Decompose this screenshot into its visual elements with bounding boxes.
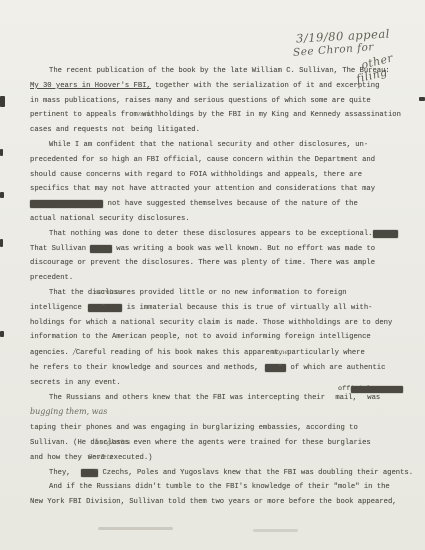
handwritten-insertion: now^ (125, 123, 131, 124)
typed-text: not have suggested themselves because of… (103, 200, 357, 208)
photocopy-edge-artifact (0, 331, 4, 337)
document-paragraph: That the disclosures provided little or … (30, 286, 416, 391)
typed-text: secrets in any event. (30, 379, 121, 387)
typed-text: And if the Russians didn't tumble to the… (49, 483, 390, 491)
photocopy-smudge (253, 529, 298, 532)
document-paragraph: That nothing was done to deter these dis… (30, 227, 416, 286)
handwritten-insertion: Soviets^ (75, 466, 81, 467)
document-paragraph: While I am confident that the national s… (30, 138, 416, 227)
typed-text: The recent publication of the book by th… (49, 67, 390, 75)
crossed-out-text: xxxxxxxxxxxxxxxxx (30, 200, 103, 208)
insertion-word: services (76, 289, 123, 296)
caret-mark: ^ (144, 126, 149, 133)
typed-text: being litigated. (131, 126, 200, 134)
typed-text: mail, (331, 394, 357, 402)
document-paragraph: And if the Russians didn't tumble to the… (30, 480, 416, 510)
document-page: 3/19/80 appeal See Chron for other filin… (0, 0, 425, 550)
handwritten-inline: bugging them, was (30, 407, 107, 416)
typed-text: together with the serialization of it an… (151, 82, 380, 90)
crossed-out-text: xxxxxx (373, 230, 399, 238)
document-paragraph: The recent publication of the book by th… (30, 64, 416, 138)
photocopy-edge-artifact (0, 239, 3, 247)
insertion-word: xxxxxxxx (351, 386, 403, 393)
typed-text: discourage or prevent the disclosures. T… (30, 259, 375, 267)
photocopy-edge-artifact (0, 192, 4, 198)
typed-text: pertinent to appeals from withholdings b… (30, 111, 401, 119)
typed-text: specifics that may not have attracted yo… (30, 185, 375, 193)
typed-insertion: official (325, 398, 331, 399)
typed-text: intelligence (30, 304, 82, 312)
insertion-word: now (119, 111, 152, 118)
typed-text: They, (49, 469, 75, 477)
typed-text: Careful reading of his book makes this a… (76, 349, 365, 357)
typed-text: cases and requests not (30, 126, 125, 134)
document-paragraph: They, Soviets^xxxx Czechs, Poles and Yug… (30, 466, 416, 481)
typed-text: actual national security disclosures. (30, 215, 190, 223)
typed-text: of which are authentic (286, 364, 385, 372)
photocopy-edge-artifact (0, 96, 5, 107)
typed-text: taping their phones and was engaging in … (30, 424, 358, 432)
photocopy-edge-artifact (0, 149, 3, 156)
typed-text: precedent. (30, 274, 73, 282)
typed-text: was (363, 394, 380, 402)
typed-text: precedented for so high an FBI official,… (30, 156, 375, 164)
insertion-word: Soviets (69, 454, 113, 461)
typed-text: information to the American people, not … (30, 333, 371, 341)
typed-text: was writing a book was well known. But n… (112, 245, 375, 253)
typed-text: should cause concerns with regard to FOI… (30, 171, 362, 179)
insertion-word: burglaries (76, 439, 131, 446)
document-body: The recent publication of the book by th… (30, 64, 416, 510)
caret-mark: ^ (101, 304, 106, 311)
typed-text: is immaterial because this is true of vi… (122, 304, 372, 312)
typed-text: holdings for which a national security c… (30, 319, 392, 327)
handwritten-insertion: burglaries^ (82, 451, 88, 452)
caret-mark: ^ (278, 364, 283, 371)
underlined-book-title: My 30 years in Hoover's FBI, (30, 82, 151, 90)
handwritten-insertion: services^ (82, 301, 88, 302)
typed-text: in mass publications, raises many and se… (30, 97, 371, 105)
typed-text: The Russians and others knew that the FB… (49, 394, 325, 402)
crossed-out-insertion: xxxxxxxx (357, 398, 363, 399)
photocopy-smudge (98, 527, 173, 530)
caret-mark: ^ (94, 469, 99, 476)
typed-text: he refers to their knowledge and sources… (30, 364, 259, 372)
typed-text: That nothing was done to deter these dis… (49, 230, 373, 238)
handwritten-insertion: none^ (259, 361, 265, 362)
insertion-word: none (253, 349, 289, 356)
crossed-out-text: xxxxx (90, 245, 112, 253)
typed-text: While I am confident that the national s… (49, 141, 368, 149)
typed-text: That Sullivan (30, 245, 90, 253)
typed-text: New York FBI Division, Sullivan told the… (30, 498, 397, 506)
photocopy-edge-artifact (419, 97, 425, 101)
typed-text: Czechs, Poles and Yugoslavs knew that th… (98, 469, 413, 477)
typed-text: agencies. (30, 349, 73, 357)
